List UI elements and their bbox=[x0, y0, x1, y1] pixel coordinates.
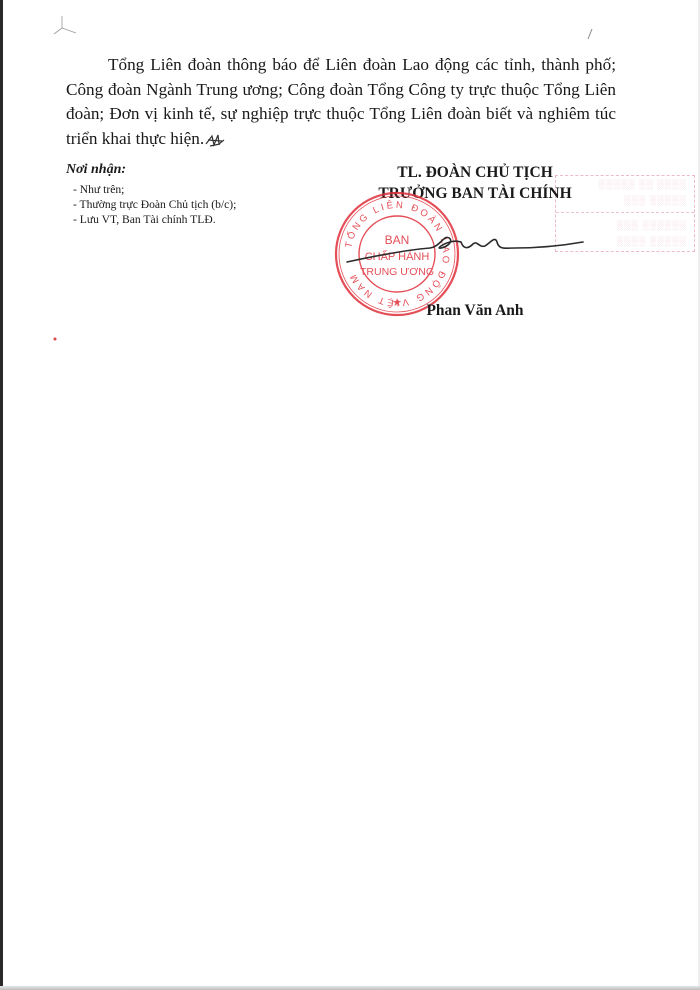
signer-name: Phan Văn Anh bbox=[340, 302, 610, 320]
red-dot-mark bbox=[52, 336, 58, 342]
recipients-section: Nơi nhận: - Như trên; - Thường trực Đoàn… bbox=[66, 162, 326, 227]
scan-mark-icon bbox=[585, 27, 595, 41]
scan-edge-bottom bbox=[0, 986, 700, 990]
scan-edge-left bbox=[0, 0, 3, 990]
initials-icon bbox=[204, 132, 226, 148]
recipient-item: - Lưu VT, Ban Tài chính TLĐ. bbox=[73, 212, 326, 227]
recipient-item: - Thường trực Đoàn Chủ tịch (b/c); bbox=[73, 197, 326, 212]
signature-title-line1: TL. ĐOÀN CHỦ TỊCH bbox=[340, 162, 610, 183]
body-paragraph: Tổng Liên đoàn thông báo để Liên đoàn La… bbox=[66, 53, 616, 151]
recipients-list: - Như trên; - Thường trực Đoàn Chủ tịch … bbox=[66, 182, 326, 227]
handwritten-signature-icon bbox=[345, 228, 585, 268]
recipient-item: - Như trên; bbox=[73, 182, 326, 197]
scan-mark-icon bbox=[50, 14, 80, 36]
recipients-title: Nơi nhận: bbox=[66, 162, 326, 178]
body-text: Tổng Liên đoàn thông báo để Liên đoàn La… bbox=[66, 55, 616, 148]
